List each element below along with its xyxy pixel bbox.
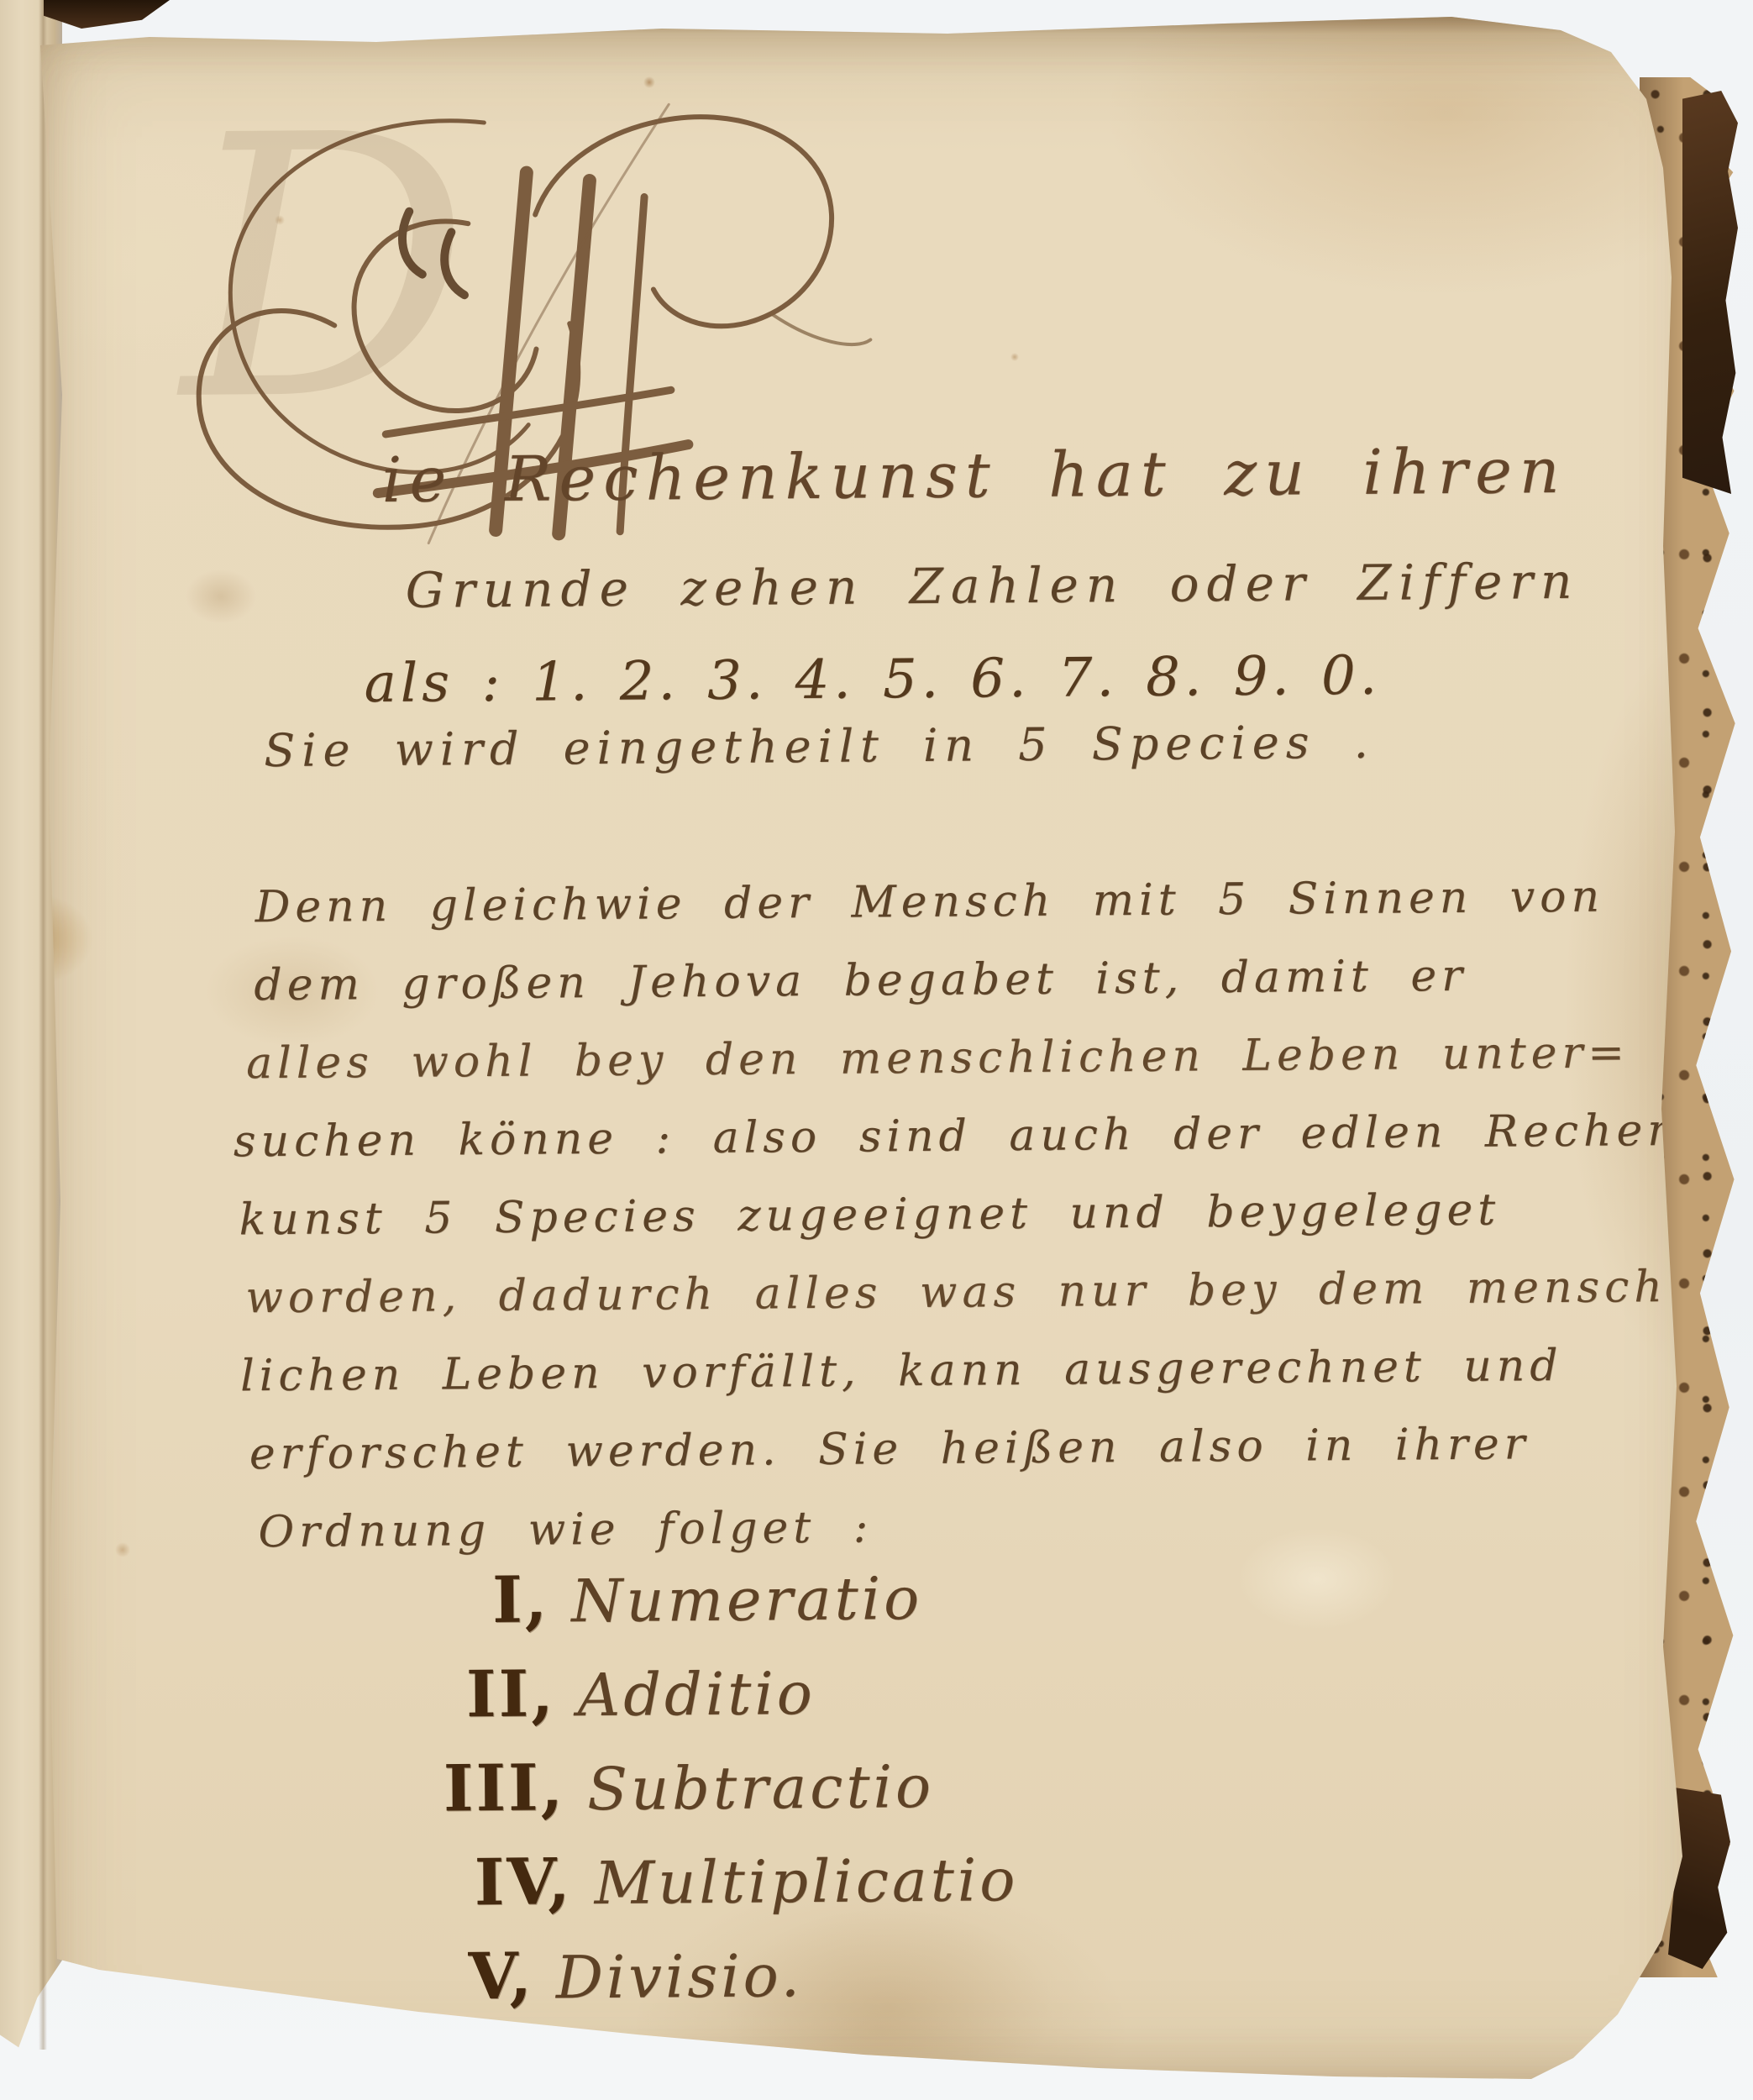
species-name: Subtractio <box>587 1752 935 1824</box>
handwriting-layer: D ie Rechenkunst hat zu ihren Grunde zeh… <box>19 0 1749 2095</box>
species-list-item: I, Numeratio <box>492 1559 923 1637</box>
roman-numeral: IV, <box>474 1844 572 1919</box>
species-name: Multiplicatio <box>594 1845 1018 1918</box>
manuscript-text-line: worden, dadurch alles was nur bey dem me… <box>245 1262 1708 1324</box>
manuscript-text-line: lichen Leben vorfällt, kann ausgerechnet… <box>240 1341 1563 1401</box>
manuscript-text-line: Grunde zehen Zahlen oder Ziffern <box>405 553 1579 619</box>
manuscript-text-line: dem großen Jehova begabet ist, damit er <box>254 951 1467 1011</box>
species-list-item: III, Subtractio <box>443 1747 935 1826</box>
manuscript-text-line: alles wohl bey den menschlichen Leben un… <box>246 1027 1630 1089</box>
species-name: Numeratio <box>571 1564 923 1635</box>
manuscript-text-line: Sie wird eingetheilt in 5 Species . <box>264 716 1375 777</box>
roman-numeral: II, <box>466 1656 556 1731</box>
book-cover-corner-top-left <box>44 0 170 29</box>
roman-numeral: V, <box>468 1939 534 2014</box>
roman-numeral: III, <box>443 1750 566 1825</box>
gutter-crease-line <box>39 0 47 2050</box>
manuscript-photo: D ie Rechenkunst hat zu ihren Grunde zeh… <box>0 0 1753 2100</box>
species-name: Additio <box>577 1659 816 1730</box>
species-name: Divisio. <box>556 1941 804 2012</box>
species-list-item: II, Additio <box>466 1654 816 1731</box>
species-list-item: IV, Multiplicatio <box>474 1840 1018 1919</box>
manuscript-page: D ie Rechenkunst hat zu ihren Grunde zeh… <box>24 8 1737 2093</box>
manuscript-text-line: als : 1. 2. 3. 4. 5. 6. 7. 8. 9. 0. <box>364 645 1381 716</box>
manuscript-text-line: erforschet werden. Sie heißen also in ih… <box>249 1419 1530 1479</box>
book-cover-edge-top-right <box>1682 91 1738 494</box>
manuscript-text-line: suchen könne : also sind auch der edlen … <box>234 1105 1723 1167</box>
manuscript-text-line: Ordnung wie folget : <box>258 1502 873 1557</box>
roman-numeral: I, <box>492 1562 550 1637</box>
manuscript-text-line: ie Rechenkunst hat zu ihren <box>381 435 1567 517</box>
manuscript-text-line: Denn gleichwie der Mensch mit 5 Sinnen v… <box>255 872 1604 933</box>
manuscript-text-line: kunst 5 Species zugeeignet und beygelege… <box>239 1185 1500 1246</box>
species-list-item: V, Divisio. <box>468 1936 803 2013</box>
